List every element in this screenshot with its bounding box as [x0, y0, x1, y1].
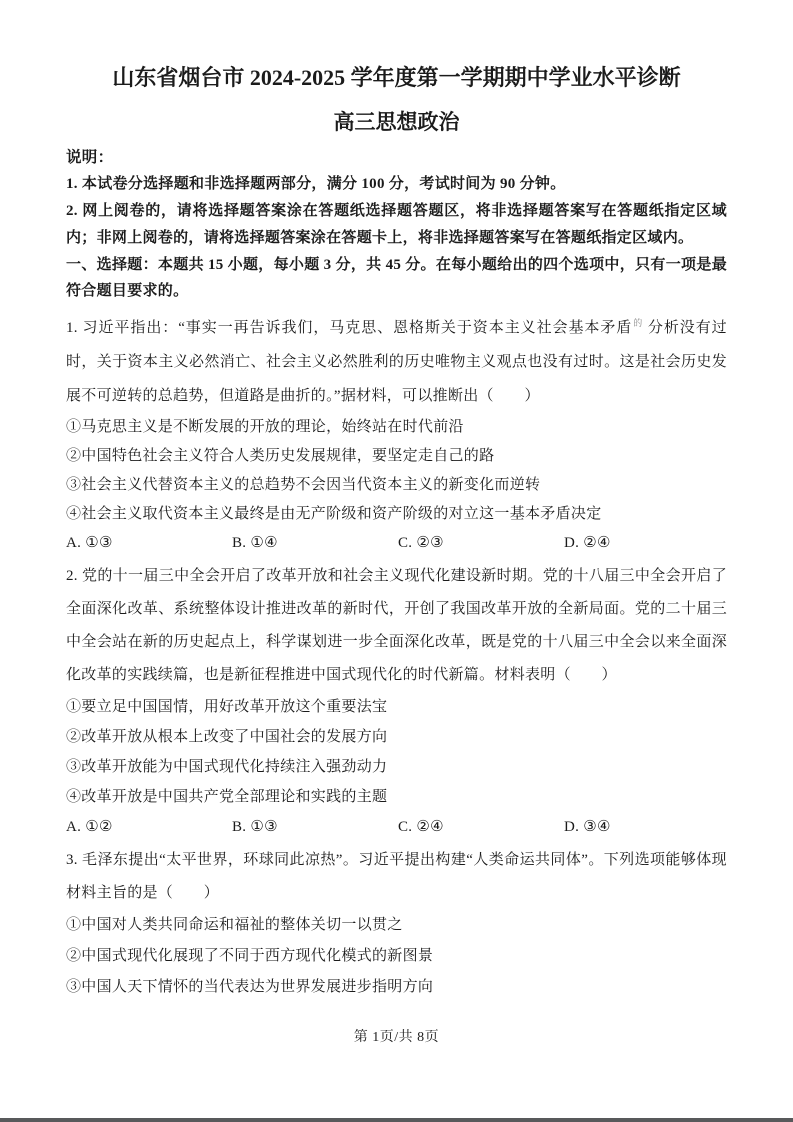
question-1-choice-4: ④社会主义取代资本主义最终是由无产阶级和资产阶级的对立这一基本矛盾决定: [66, 500, 727, 529]
question-2: 2. 党的十一届三中全会开启了改革开放和社会主义现代化建设新时期。党的十八届三中…: [66, 560, 727, 842]
question-1-stem: 1. 习近平指出：“事实一再告诉我们，马克思、恩格斯关于资本主义社会基本矛盾的分…: [66, 306, 727, 413]
question-2-answer-row: A. ①② B. ①③ C. ②④ D. ③④: [66, 812, 727, 842]
question-1-choice-3: ③社会主义代替资本主义的总趋势不会因当代资本主义的新变化而逆转: [66, 471, 727, 500]
question-1-choice-2: ②中国特色社会主义符合人类历史发展规律，要坚定走自己的路: [66, 442, 727, 471]
page-number-indicator: 第 1页/共 8页: [0, 1026, 793, 1046]
exam-subtitle: 高三思想政治: [66, 108, 727, 136]
question-2-answer-a: A. ①②: [66, 812, 232, 842]
question-3-choice-2: ②中国式现代化展现了不同于西方现代化模式的新图景: [66, 941, 727, 972]
bottom-edge-bar: [0, 1118, 793, 1122]
question-3-choice-3: ③中国人天下情怀的当代表达为世界发展进步指明方向: [66, 972, 727, 1003]
question-1-stem-text: 1. 习近平指出：“事实一再告诉我们，马克思、恩格斯关于资本主义社会基本矛盾: [66, 320, 632, 336]
question-2-choice-3: ③改革开放能为中国式现代化持续注入强劲动力: [66, 752, 727, 782]
question-3-stem: 3. 毛泽东提出“太平世界，环球同此凉热”。习近平提出构建“人类命运共同体”。下…: [66, 844, 727, 910]
question-1-answer-d: D. ②④: [564, 529, 727, 558]
question-2-choice-4: ④改革开放是中国共产党全部理论和实践的主题: [66, 782, 727, 812]
notice-heading: 说明：: [66, 145, 727, 171]
question-2-choice-2: ②改革开放从根本上改变了中国社会的发展方向: [66, 722, 727, 752]
question-1: 1. 习近平指出：“事实一再告诉我们，马克思、恩格斯关于资本主义社会基本矛盾的分…: [66, 306, 727, 558]
question-3-choice-1: ①中国对人类共同命运和福祉的整体关切一以贯之: [66, 910, 727, 941]
notice-item-2: 2. 网上阅卷的，请将选择题答案涂在答题纸选择题答题区，将非选择题答案写在答题纸…: [66, 198, 727, 252]
question-1-answer-c: C. ②③: [398, 529, 564, 558]
question-1-answer-a: A. ①③: [66, 529, 232, 558]
question-1-choice-1: ①马克思主义是不断发展的开放的理论，始终站在时代前沿: [66, 413, 727, 442]
exam-title: 山东省烟台市 2024-2025 学年度第一学期期中学业水平诊断: [66, 64, 727, 92]
notice-item-1: 1. 本试卷分选择题和非选择题两部分，满分 100 分，考试时间为 90 分钟。: [66, 171, 727, 198]
question-2-answer-b: B. ①③: [232, 812, 398, 842]
section-heading: 一、选择题：本题共 15 小题，每小题 3 分，共 45 分。在每小题给出的四个…: [66, 252, 727, 304]
question-1-answer-row: A. ①③ B. ①④ C. ②③ D. ②④: [66, 529, 727, 558]
question-2-answer-d: D. ③④: [564, 812, 727, 842]
question-2-choice-1: ①要立足中国国情，用好改革开放这个重要法宝: [66, 692, 727, 722]
question-2-stem: 2. 党的十一届三中全会开启了改革开放和社会主义现代化建设新时期。党的十八届三中…: [66, 560, 727, 692]
question-2-answer-c: C. ②④: [398, 812, 564, 842]
question-1-answer-b: B. ①④: [232, 529, 398, 558]
exam-paper-page: 山东省烟台市 2024-2025 学年度第一学期期中学业水平诊断 高三思想政治 …: [0, 0, 793, 1122]
superscript-artifact: 的: [633, 318, 643, 328]
question-3: 3. 毛泽东提出“太平世界，环球同此凉热”。习近平提出构建“人类命运共同体”。下…: [66, 844, 727, 1003]
